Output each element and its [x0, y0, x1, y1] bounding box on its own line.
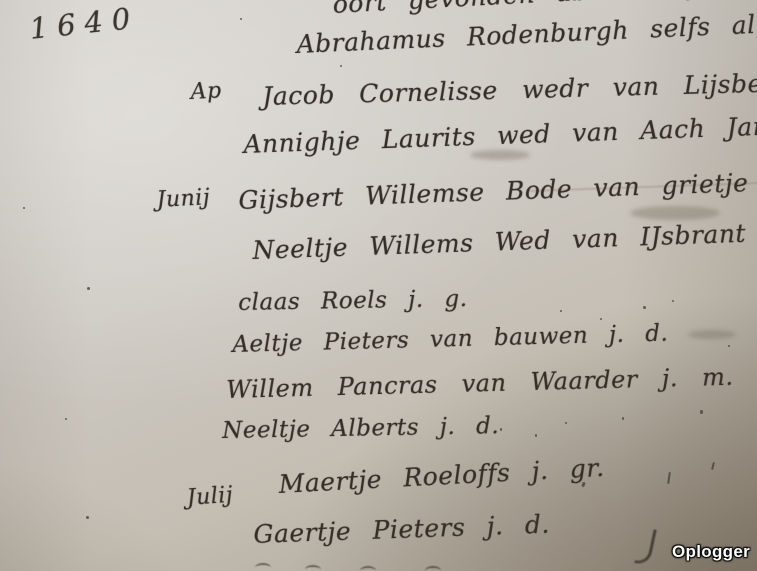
ink-speck — [700, 410, 703, 414]
ink-speck — [667, 472, 671, 484]
bleed-through-smudge — [688, 330, 736, 339]
register-entry-line: Neeltje Willems Wed van IJsbrant Ma — [252, 217, 757, 265]
month-label-june: Junij — [156, 185, 211, 213]
register-entry-line: Maertje Roeloffs j. gr. — [278, 453, 605, 499]
bleed-through-smudge — [630, 206, 720, 220]
ink-speck — [672, 300, 674, 302]
ink-speck — [340, 65, 342, 67]
oplogger-watermark: Oplogger — [672, 542, 750, 562]
cutoff-line-stroke — [305, 565, 321, 571]
cutoff-line-stroke — [255, 563, 271, 571]
ink-speck — [728, 345, 730, 347]
ink-speck — [65, 418, 67, 420]
month-label-july: Julij — [186, 483, 234, 511]
cutoff-line-stroke — [425, 566, 441, 571]
ink-speck — [565, 422, 567, 424]
bleed-through-smudge — [470, 150, 530, 160]
scanned-document-photo: 1640 Ap Junij Julij oort gevonden aboort… — [0, 0, 757, 571]
ink-speck — [711, 462, 715, 470]
ink-speck — [560, 310, 562, 312]
register-entry-line: claas Roels j. g. — [238, 286, 468, 316]
register-entry-line: Aeltje Pieters van bauwen j. d. — [232, 321, 669, 358]
month-label-april: Ap — [190, 78, 222, 105]
register-entry-line: Willem Pancras van Waarder j. m. — [226, 363, 734, 404]
ink-speck — [23, 207, 25, 209]
cutoff-line-stroke — [360, 566, 376, 571]
ink-speck — [581, 482, 586, 488]
ink-speck — [86, 516, 89, 519]
ink-speck — [87, 287, 90, 290]
register-entry-line: Jacob Cornelisse wedr van Lijsbeth — [262, 68, 757, 111]
ink-speck — [240, 18, 242, 20]
register-entry-line: Neeltje Alberts j. d. — [222, 413, 499, 444]
ink-speck — [622, 417, 624, 420]
ink-speck — [643, 306, 646, 309]
year-label: 1640 — [28, 1, 141, 46]
ink-speck — [500, 428, 502, 431]
ink-speck — [535, 434, 537, 437]
register-entry-line: Gaertje Pieters j. d. — [253, 510, 550, 549]
ink-speck — [600, 318, 602, 320]
ink-stroke — [634, 527, 656, 566]
